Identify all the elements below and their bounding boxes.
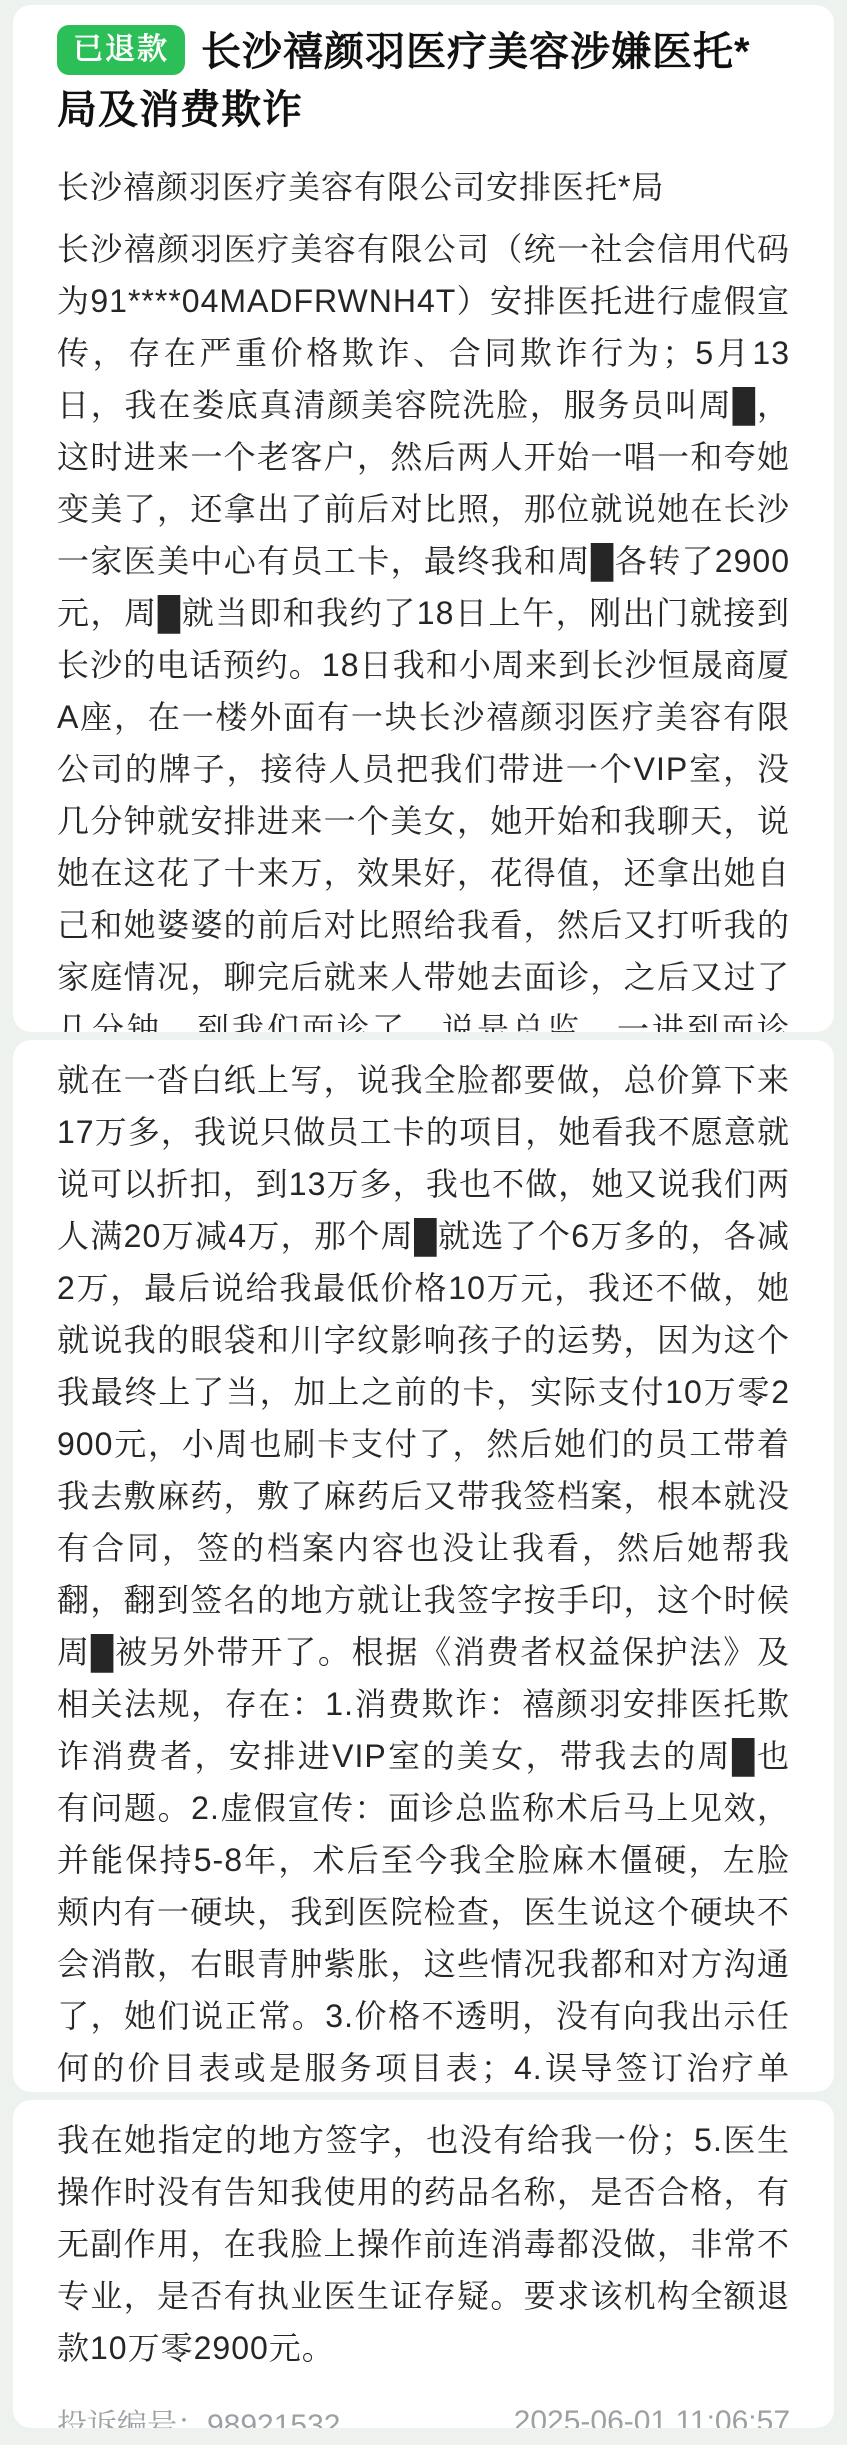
complaint-number-value: 98921532 [207,2409,340,2428]
complaint-summary-line: 长沙禧颜羽医疗美容有限公司安排医托*局 [57,161,790,213]
complaint-title-block: 已退款长沙禧颜羽医疗美容涉嫌医托*局及消费欺诈 [57,23,790,139]
complaint-number-label: 投诉编号： [57,2409,207,2428]
complaint-body-paragraph: 就在一沓白纸上写，说我全脸都要做，总价算下来17万多，我说只做员工卡的项目，她看… [57,1054,790,2092]
complaint-number: 投诉编号：98921532 [57,2400,340,2428]
complaint-timestamp: 2025-06-01 11:06:57 [514,2405,790,2428]
complaint-detail-page: 已退款长沙禧颜羽医疗美容涉嫌医托*局及消费欺诈 长沙禧颜羽医疗美容有限公司安排医… [0,0,847,2445]
complaint-card-bottom: 我在她指定的地方签字，也没有给我一份；5.医生操作时没有告知我使用的药品名称，是… [13,2100,834,2428]
complaint-body-paragraph: 我在她指定的地方签字，也没有给我一份；5.医生操作时没有告知我使用的药品名称，是… [57,2114,790,2374]
complaint-body-paragraph: 长沙禧颜羽医疗美容有限公司（统一社会信用代码为91****04MADFRWNH4… [57,223,790,1032]
status-badge-refunded: 已退款 [57,25,185,75]
complaint-card-middle: 就在一沓白纸上写，说我全脸都要做，总价算下来17万多，我说只做员工卡的项目，她看… [13,1040,834,2092]
complaint-meta-row: 投诉编号：98921532 2025-06-01 11:06:57 [57,2400,790,2428]
complaint-card-top: 已退款长沙禧颜羽医疗美容涉嫌医托*局及消费欺诈 长沙禧颜羽医疗美容有限公司安排医… [13,5,834,1032]
